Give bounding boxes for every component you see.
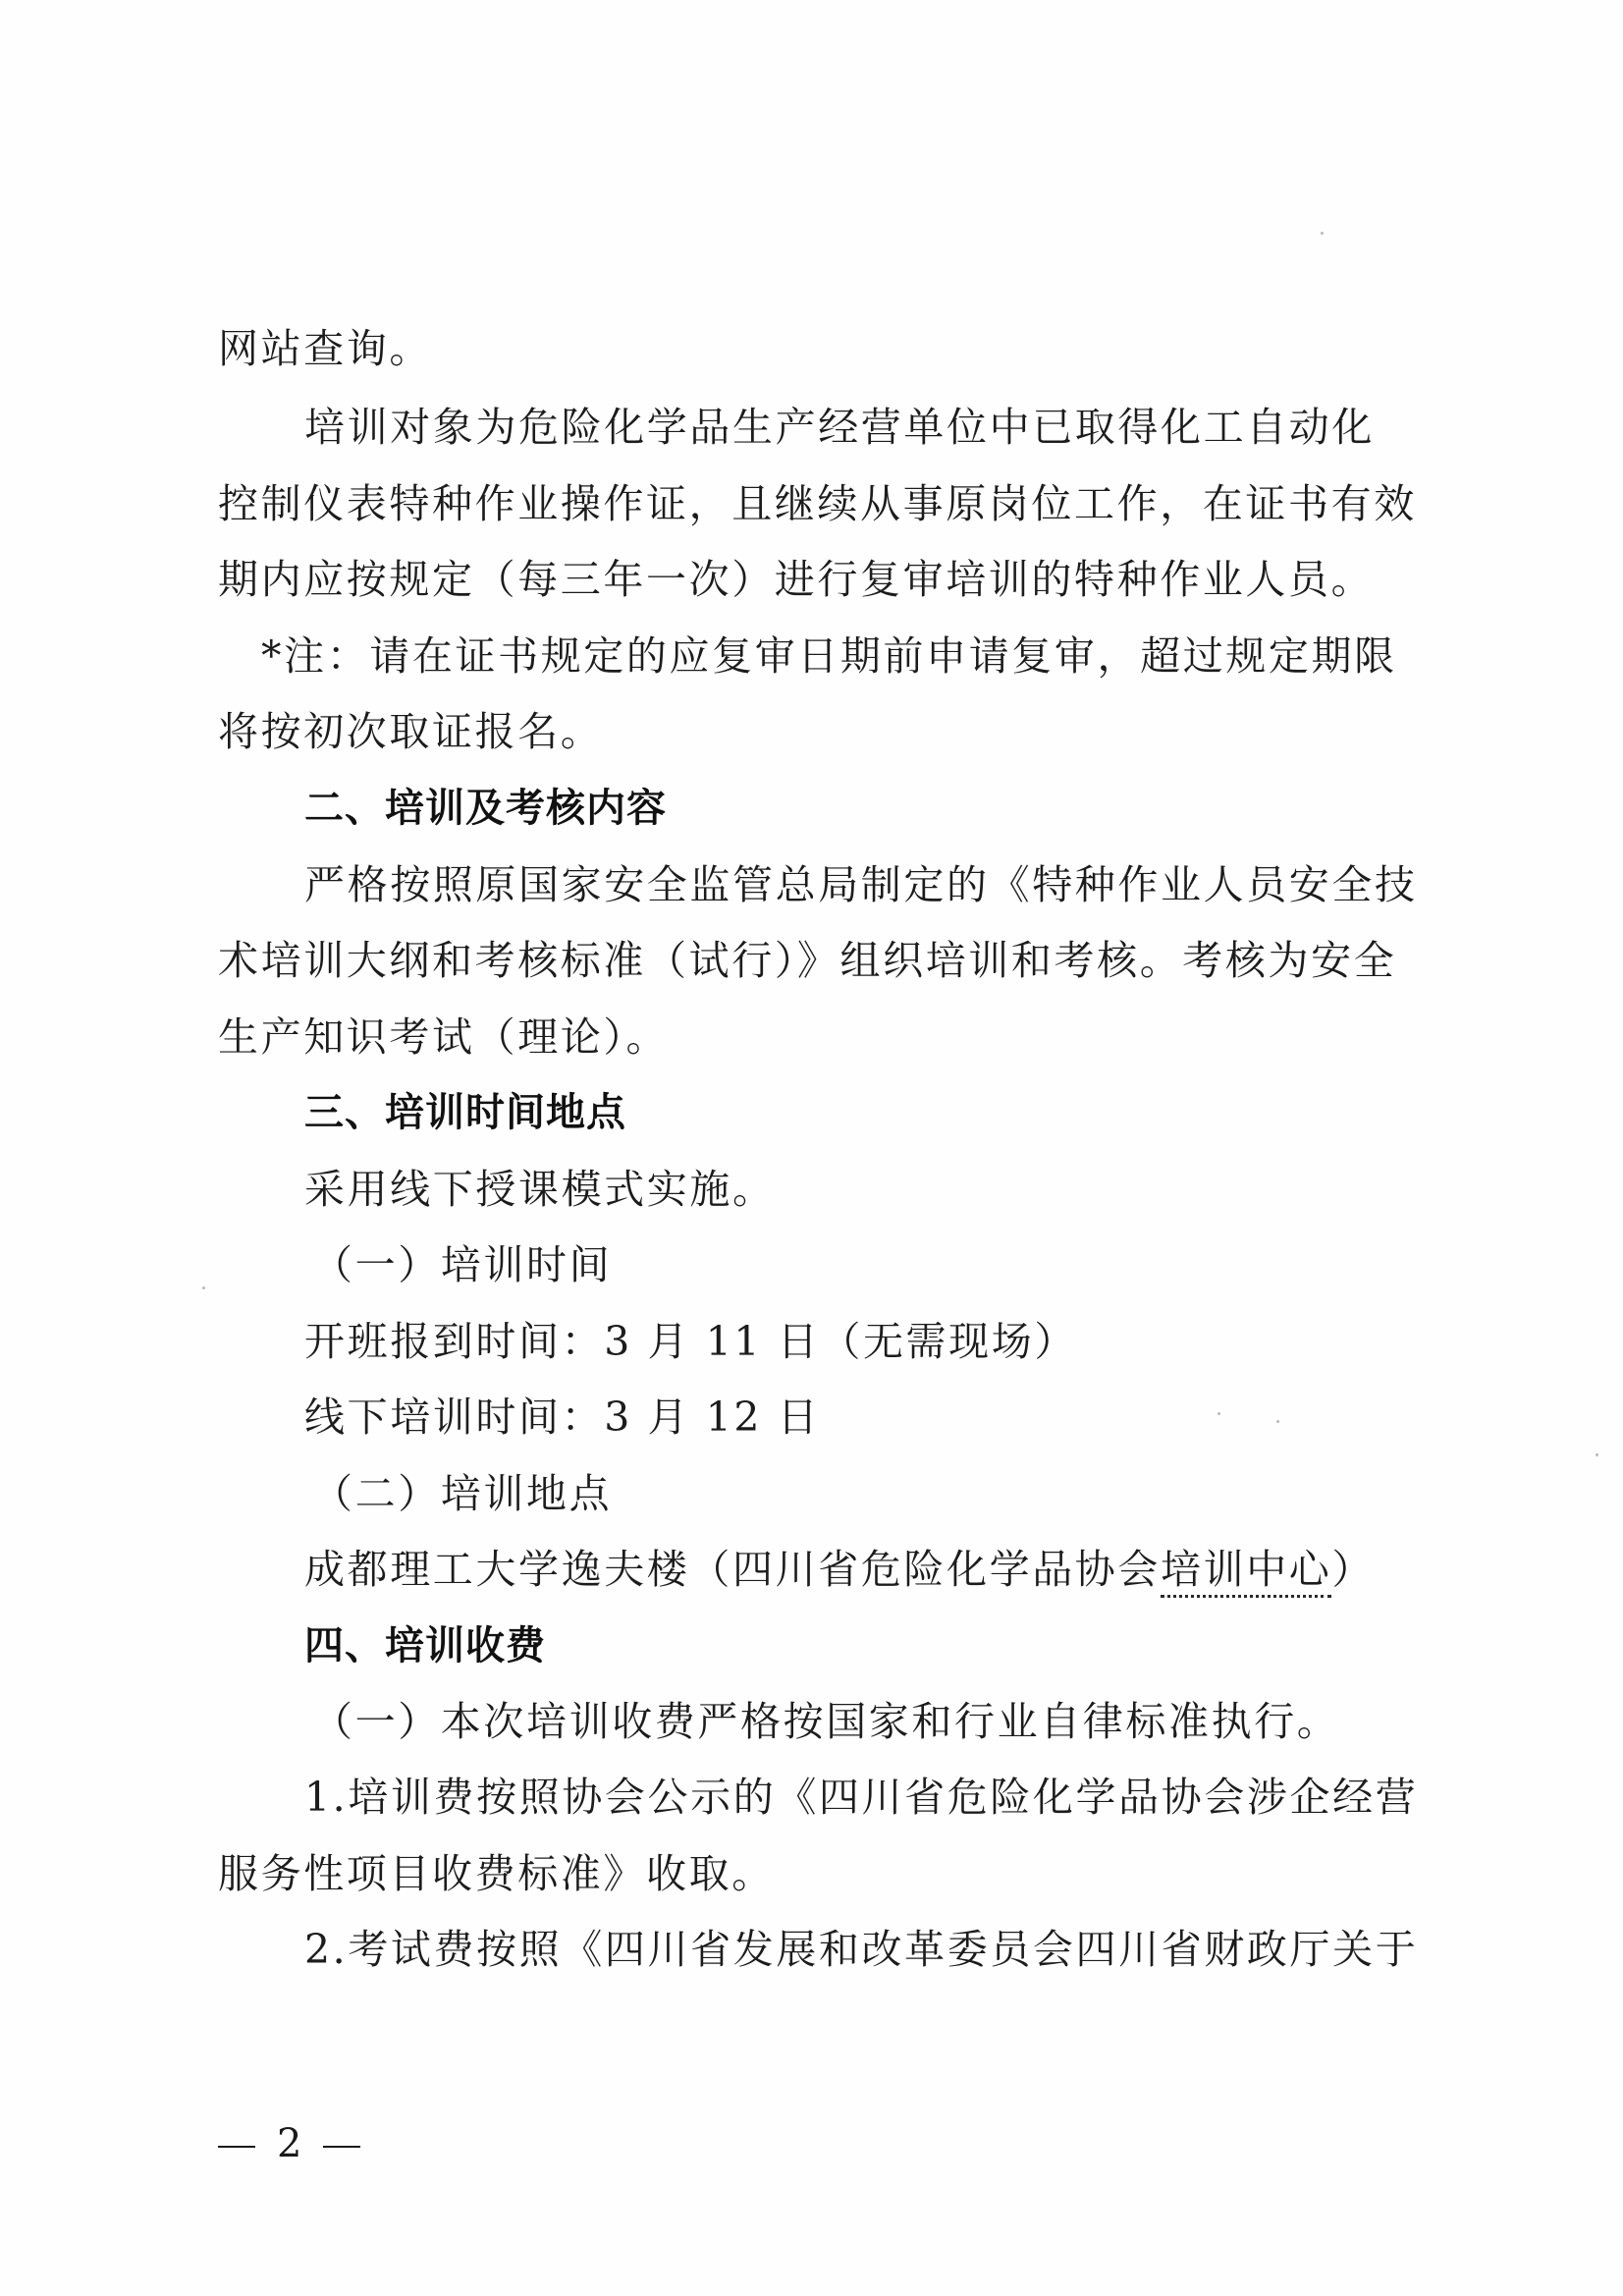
document-page: 网站查询。 培训对象为危险化学品生产经营单位中已取得化工自动化 控制仪表特种作业…: [0, 0, 1623, 2296]
location-text: 成都理工大学逸夫楼（四川省危险化学品协会: [304, 1546, 1161, 1593]
paragraph-line: 1.培训费按照协会公示的《四川省危险化学品协会涉企经营: [304, 1759, 1504, 1835]
paragraph-line: 服务性项目收费标准》收取。: [218, 1835, 1418, 1912]
paragraph-line: 网站查询。: [218, 310, 1418, 387]
dash-left: [218, 2146, 255, 2148]
scan-speck: [1276, 1420, 1279, 1423]
scan-speck: [1321, 232, 1324, 235]
subsection-heading: （二）培训地点: [312, 1455, 1512, 1532]
paragraph-line: 培训对象为危险化学品生产经营单位中已取得化工自动化: [304, 389, 1504, 465]
paragraph-line: 控制仪表特种作业操作证，且继续从事原岗位工作，在证书有效: [218, 465, 1418, 542]
section-heading-2: 二、培训及考核内容: [304, 770, 1504, 847]
page-number-value: 2: [277, 2119, 301, 2168]
note-line: *注：请在证书规定的应复审日期前申请复审，超过规定期限: [261, 618, 1461, 694]
note-line: 将按初次取证报名。: [218, 693, 1418, 770]
location-text-end: ）: [1331, 1546, 1375, 1593]
scan-speck: [1596, 1453, 1598, 1456]
paragraph-line: 术培训大纲和考核标准（试行）》组织培训和考核。考核为安全: [218, 922, 1418, 999]
page-number: 2: [218, 2119, 360, 2168]
training-location: 成都理工大学逸夫楼（四川省危险化学品协会培训中心）: [304, 1531, 1504, 1608]
section-heading-4: 四、培训收费: [304, 1608, 1504, 1684]
dash-right: [323, 2146, 360, 2148]
paragraph-line: 2.考试费按照《四川省发展和改革委员会四川省财政厅关于: [304, 1911, 1504, 1988]
scan-speck: [1217, 1412, 1220, 1415]
paragraph-line: 生产知识考试（理论）。: [218, 999, 1418, 1075]
paragraph-line: （一）本次培训收费严格按国家和行业自律标准执行。: [312, 1683, 1512, 1760]
paragraph-line: 采用线下授课模式实施。: [304, 1151, 1504, 1228]
subsection-heading: （一）培训时间: [312, 1227, 1512, 1303]
section-heading-3: 三、培训时间地点: [304, 1074, 1504, 1151]
scan-speck: [202, 1286, 205, 1289]
paragraph-line: 期内应按规定（每三年一次）进行复审培训的特种作业人员。: [218, 541, 1418, 618]
training-time: 线下培训时间：3 月 12 日: [304, 1379, 1504, 1455]
registration-time: 开班报到时间：3 月 11 日（无需现场）: [304, 1303, 1504, 1380]
paragraph-line: 严格按照原国家安全监管总局制定的《特种作业人员安全技: [304, 847, 1504, 923]
location-underlined-text: 培训中心: [1161, 1546, 1331, 1598]
